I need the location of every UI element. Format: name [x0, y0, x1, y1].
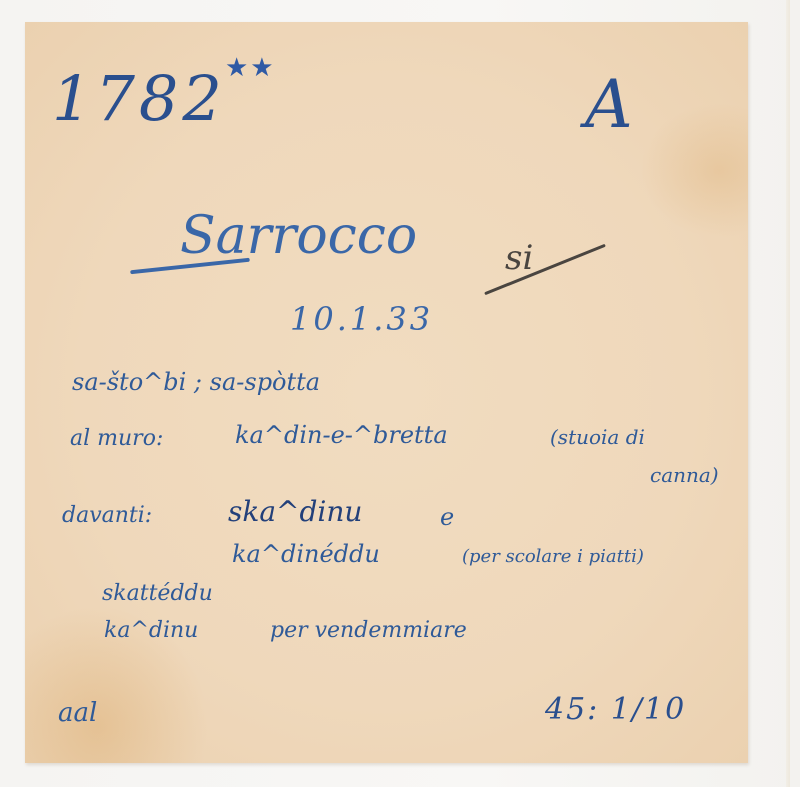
reference-code: 45: 1/10	[545, 695, 686, 725]
entry-line-4-note: (per scolare i piatti)	[462, 548, 644, 566]
entry-line-3-label: davanti:	[62, 505, 152, 527]
entry-line-4: ka^dinéddu	[232, 542, 380, 566]
star-marks: ★★	[225, 55, 276, 81]
entry-line-1: sa-što^bi ; sa-spòtta	[72, 370, 320, 394]
initials: aal	[58, 700, 97, 726]
entry-line-2-note-cont: canna)	[650, 465, 719, 485]
section-letter: A	[585, 72, 633, 138]
entry-line-2: ka^din-e-^bretta	[235, 423, 448, 447]
entry-line-3-conj: e	[440, 505, 454, 529]
entry-line-3: ska^dinu	[228, 498, 362, 526]
entry-line-6-note: per vendemmiare	[270, 620, 467, 642]
pencil-annotation: si	[505, 238, 533, 278]
place-name: Sarrocco	[180, 210, 417, 262]
entry-line-2-note: (stuoia di	[550, 427, 645, 447]
record-date: 10.1.33	[290, 303, 433, 335]
adjacent-card-edge	[786, 0, 790, 787]
entry-line-2-label: al muro:	[70, 428, 163, 450]
entry-line-5: skattéddu	[102, 583, 213, 605]
entry-number: 1782	[52, 68, 226, 130]
entry-line-6: ka^dinu	[104, 620, 198, 642]
